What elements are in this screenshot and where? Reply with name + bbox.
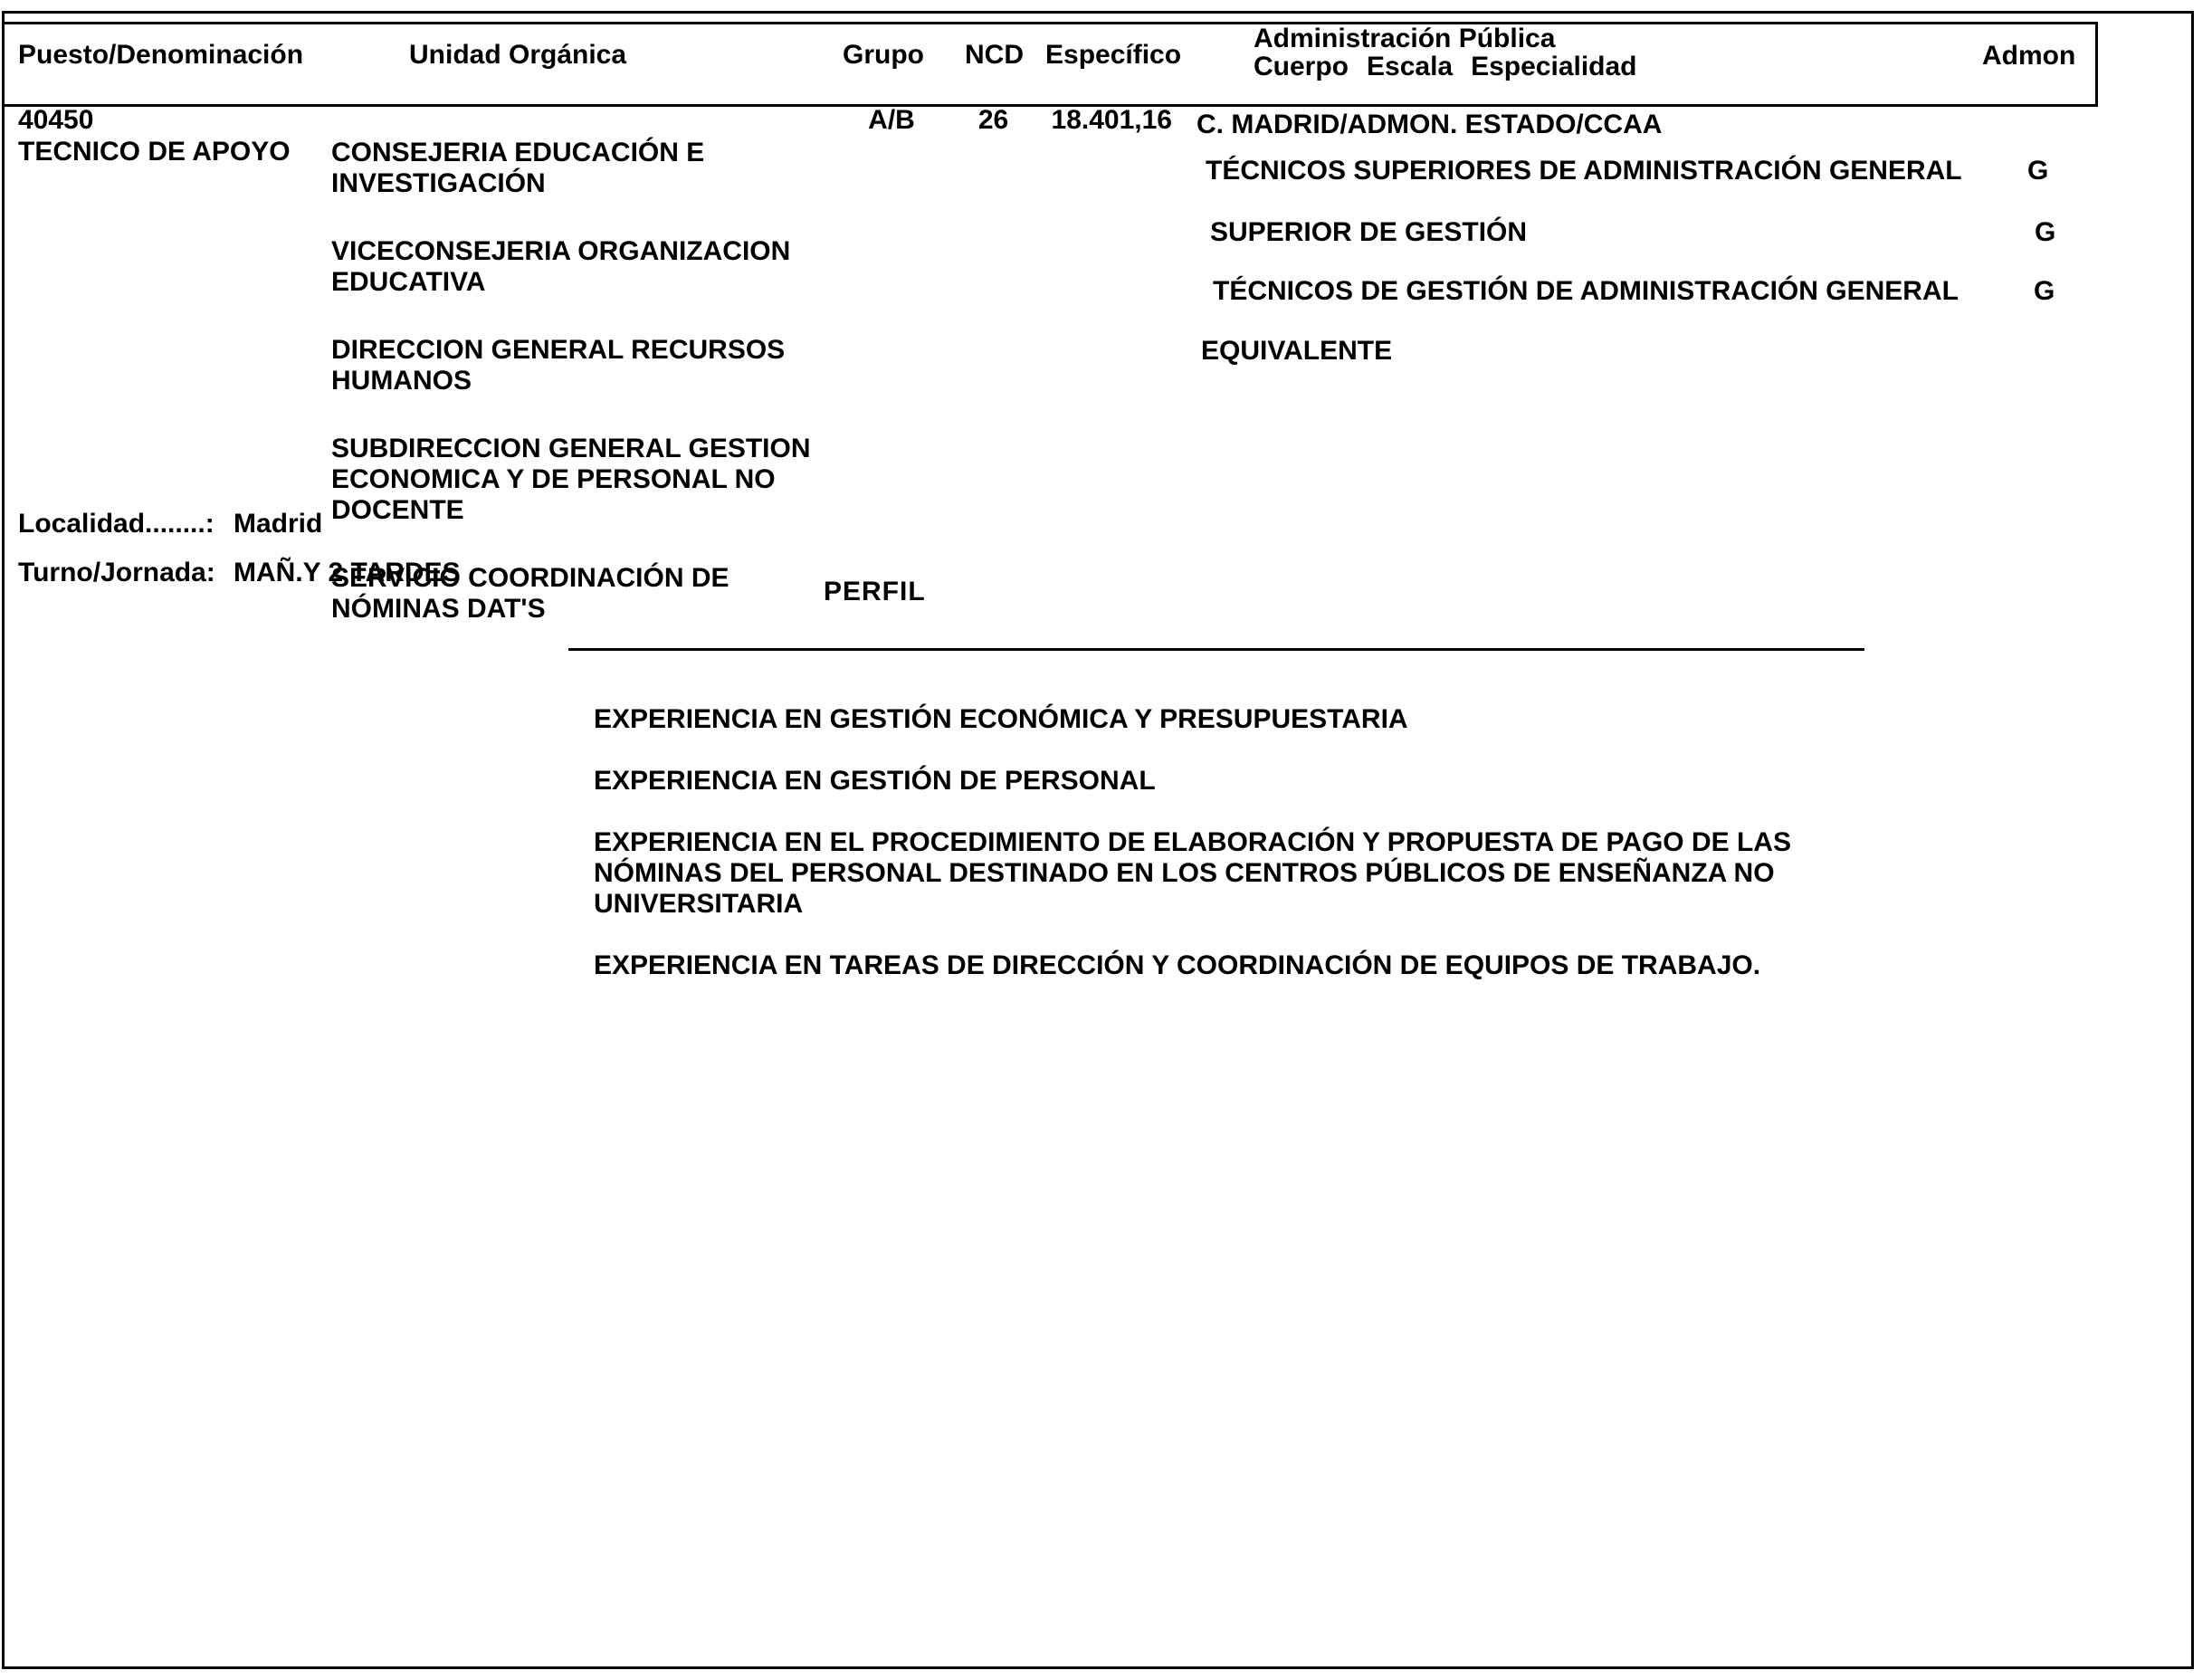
column-header-ncd: NCD: [965, 41, 1024, 69]
unidad-organica-item: VICECONSEJERIA ORGANIZACION EDUCATIVA: [331, 236, 838, 298]
perfil-item: EXPERIENCIA EN GESTIÓN DE PERSONAL: [594, 766, 1906, 797]
puesto-ncd-value: 26: [955, 105, 1032, 136]
cuerpo-row-label: EQUIVALENTE: [1201, 336, 1392, 367]
column-header-grupo: Grupo: [843, 41, 924, 69]
administracion-publica-line: Administración Pública: [1254, 24, 1637, 52]
cuerpo-row-label: TÉCNICOS DE GESTIÓN DE ADMINISTRACIÓN GE…: [1213, 276, 1959, 307]
puesto-codigo: 40450: [18, 106, 93, 134]
perfil-item: EXPERIENCIA EN EL PROCEDIMIENTO DE ELABO…: [594, 827, 1906, 920]
puesto-denominacion: TECNICO DE APOYO: [18, 138, 291, 166]
document-page: Puesto/Denominación Unidad Orgánica Grup…: [0, 0, 2212, 1680]
unidad-organica-item: CONSEJERIA EDUCACIÓN E INVESTIGACIÓN: [331, 138, 838, 199]
unidad-organica-item: SUBDIRECCION GENERAL GESTION ECONOMICA Y…: [331, 434, 838, 526]
perfil-section-title: PERFIL: [824, 577, 926, 607]
localidad-value: Madrid: [234, 509, 322, 539]
cuerpo-row-admon: G: [2027, 156, 2048, 186]
column-header-administracion-publica: Administración Pública CuerpoEscalaEspec…: [1254, 24, 1637, 81]
perfil-item: EXPERIENCIA EN TAREAS DE DIRECCIÓN Y COO…: [594, 950, 1906, 981]
column-header-unidad-organica: Unidad Orgánica: [409, 41, 626, 69]
header-cuerpo: Cuerpo: [1254, 52, 1349, 81]
turno-jornada-label: Turno/Jornada:: [18, 558, 215, 588]
localidad-label: Localidad........:: [18, 509, 215, 539]
cuerpo-row-label: SUPERIOR DE GESTIÓN: [1210, 217, 1527, 248]
header-escala: Escala: [1367, 52, 1453, 81]
perfil-divider-line: [568, 648, 1864, 651]
cuerpo-escala-especialidad-line: CuerpoEscalaEspecialidad: [1254, 52, 1637, 81]
cuerpo-row-admon: G: [2034, 276, 2055, 307]
administracion-value: C. MADRID/ADMON. ESTADO/CCAA: [1197, 110, 1662, 140]
puesto-grupo-value: A/B: [837, 105, 946, 136]
cuerpo-row-admon: G: [2035, 217, 2055, 248]
unidad-organica-item: DIRECCION GENERAL RECURSOS HUMANOS: [331, 335, 838, 396]
header-especialidad: Especialidad: [1471, 52, 1636, 81]
perfil-item: EXPERIENCIA EN GESTIÓN ECONÓMICA Y PRESU…: [594, 704, 1906, 735]
puesto-especifico-value: 18.401,16: [1027, 105, 1172, 136]
column-header-especifico: Específico: [1045, 41, 1181, 69]
turno-jornada-value: MAÑ.Y 2 TARDES: [234, 558, 461, 588]
column-header-admon: Admon: [1982, 42, 2075, 70]
cuerpo-row-label: TÉCNICOS SUPERIORES DE ADMINISTRACIÓN GE…: [1206, 156, 1962, 186]
perfil-items-list: EXPERIENCIA EN GESTIÓN ECONÓMICA Y PRESU…: [594, 673, 1906, 1012]
column-header-puesto: Puesto/Denominación: [18, 41, 303, 69]
